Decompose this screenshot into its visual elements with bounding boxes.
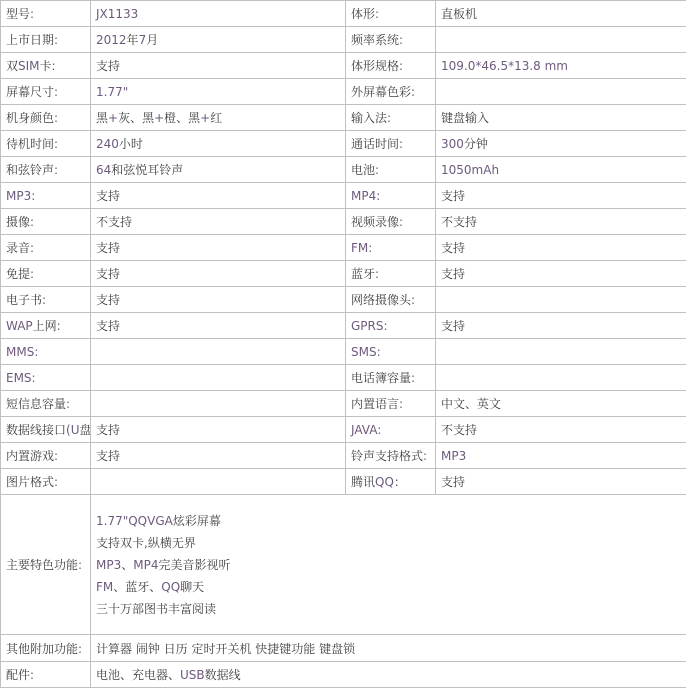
spec-value-right: 支持 [436,235,686,261]
table-row: WAP上网: 支持 GPRS: 支持 [1,313,686,339]
spec-label-left: 上市日期: [1,27,91,53]
spec-value-right: 键盘输入 [436,105,686,131]
spec-value-right: 支持 [436,261,686,287]
spec-label-right: GPRS: [346,313,436,339]
table-row: 录音: 支持 FM: 支持 [1,235,686,261]
spec-label-left: 和弦铃声: [1,157,91,183]
table-row: MP3: 支持 MP4: 支持 [1,183,686,209]
ascii-text: MP3 [96,558,121,572]
ascii-text: : [411,371,415,385]
spec-value-left: 支持 [91,287,346,313]
ascii-text: : [399,397,403,411]
table-row: EMS: 电话簿容量: [1,365,686,391]
ascii-text: : [54,449,58,463]
feature-line: 三十万部图书丰富阅读 [96,598,684,620]
spec-label-right: FM: [346,235,436,261]
table-row: 图片格式: 腾讯QQ： 支持 [1,469,686,495]
spec-label-right: 电话簿容量: [346,365,436,391]
ascii-text: GPRS: [351,319,388,333]
spec-label-right: 外屏幕色彩: [346,79,436,105]
ascii-text: + [108,111,118,125]
accessory-row: 配件: 电池、充电器、USB数据线 [1,662,686,688]
ascii-text: FM [96,580,113,594]
spec-label-left: 电子书: [1,287,91,313]
ascii-text: : [57,319,61,333]
spec-label-right: JAVA: [346,417,436,443]
spec-label-right: 体形: [346,1,436,27]
spec-value-left: 支持 [91,53,346,79]
ascii-text: 2012 [96,33,127,47]
spec-value-right [436,79,686,105]
ascii-text: : [54,475,58,489]
ascii-text: QQ [161,580,180,594]
ascii-text: 109.0*46.5*13.8 mm [441,59,568,73]
ascii-text: : [375,163,379,177]
ascii-text: MMS: [6,345,38,359]
ascii-text: 1050mAh [441,163,499,177]
extra-functions-label: 其他附加功能: [1,635,91,662]
spec-label-right: 通话时间: [346,131,436,157]
spec-label-right: 体形规格: [346,53,436,79]
table-row: 型号: JX1133 体形: 直板机 [1,1,686,27]
ascii-text: : [411,293,415,307]
table-row: 上市日期: 2012年7月 频率系统: [1,27,686,53]
spec-label-left: MMS: [1,339,91,365]
ascii-text: MP4: [351,189,380,203]
table-row: 数据线接口(U盘): 支持 JAVA: 不支持 [1,417,686,443]
spec-value-left [91,469,346,495]
ascii-text: EMS: [6,371,36,385]
ascii-text: : [54,163,58,177]
spec-label-left: 录音: [1,235,91,261]
ascii-text: : [399,59,403,73]
table-row: 和弦铃声: 64和弦悦耳铃声 电池: 1050mAh [1,157,686,183]
spec-value-left: 支持 [91,417,346,443]
table-row: 双SIM卡: 支持 体形规格: 109.0*46.5*13.8 mm [1,53,686,79]
spec-label-left: 短信息容量: [1,391,91,417]
spec-label-right: 网络摄像头: [346,287,436,313]
spec-label-right: 蓝牙: [346,261,436,287]
table-row: MMS: SMS: [1,339,686,365]
ascii-text: (U [66,423,79,437]
ascii-text: : [54,85,58,99]
phone-spec-table: 型号: JX1133 体形: 直板机 上市日期: 2012年7月 频率系统: 双… [0,0,686,688]
ascii-text: SIM [18,59,40,73]
spec-label-left: 摄像: [1,209,91,235]
ascii-text: + [200,111,210,125]
spec-value-left: 2012年7月 [91,27,346,53]
ascii-text: : [411,85,415,99]
spec-label-right: SMS: [346,339,436,365]
ascii-text: WAP [6,319,33,333]
spec-rows: 型号: JX1133 体形: 直板机 上市日期: 2012年7月 频率系统: 双… [1,1,686,495]
ascii-text: MP4 [133,558,158,572]
spec-value-right [436,339,686,365]
table-row: 屏幕尺寸: 1.77" 外屏幕色彩: [1,79,686,105]
ascii-text: 1.77"QQVGA [96,514,173,528]
spec-label-left: EMS: [1,365,91,391]
feature-label: 主要特色功能: [1,495,91,635]
spec-label-left: WAP上网: [1,313,91,339]
spec-label-right: 电池: [346,157,436,183]
spec-label-right: 腾讯QQ： [346,469,436,495]
ascii-text: : [52,59,56,73]
spec-value-right: MP3 [436,443,686,469]
spec-value-left: 支持 [91,443,346,469]
ascii-text: JAVA: [351,423,381,437]
spec-label-right: 视频录像: [346,209,436,235]
spec-label-left: 待机时间: [1,131,91,157]
spec-value-right: 支持 [436,183,686,209]
spec-value-right: 300分钟 [436,131,686,157]
spec-value-left: 黑+灰、黑+橙、黑+红 [91,105,346,131]
feature-line: 支持双卡,纵横无界 [96,532,684,554]
ascii-text: : [54,33,58,47]
extra-functions-row: 其他附加功能: 计算器 闹钟 日历 定时开关机 快捷键功能 键盘锁 [1,635,686,662]
spec-value-left: 支持 [91,183,346,209]
ascii-text: : [423,449,427,463]
spec-value-right: 支持 [436,313,686,339]
table-row: 待机时间: 240小时 通话时间: 300分钟 [1,131,686,157]
table-row: 机身颜色: 黑+灰、黑+橙、黑+红 输入法: 键盘输入 [1,105,686,131]
ascii-text: : [30,215,34,229]
ascii-text: : [66,397,70,411]
spec-label-left: 双SIM卡: [1,53,91,79]
ascii-text: : [78,642,82,656]
ascii-text: : [399,215,403,229]
spec-value-right [436,27,686,53]
spec-label-right: 内置语言: [346,391,436,417]
spec-label-right: 频率系统: [346,27,436,53]
accessory-value: 电池、充电器、USB数据线 [91,662,686,688]
spec-value-left: 1.77" [91,79,346,105]
feature-value: 1.77"QQVGA炫彩屏幕 支持双卡,纵横无界 MP3、MP4完美音影视听 F… [91,495,686,635]
ascii-text: MP3: [6,189,35,203]
table-row: 电子书: 支持 网络摄像头: [1,287,686,313]
ascii-text: 64 [96,163,111,177]
table-row: 免提: 支持 蓝牙: 支持 [1,261,686,287]
ascii-text: : [399,33,403,47]
spec-label-left: 数据线接口(U盘): [1,417,91,443]
ascii-text: 240 [96,137,119,151]
ascii-text: : [30,241,34,255]
ascii-text: SMS: [351,345,381,359]
table-row: 内置游戏: 支持 铃声支持格式: MP3 [1,443,686,469]
feature-line: 1.77"QQVGA炫彩屏幕 [96,510,684,532]
spec-label-left: 图片格式: [1,469,91,495]
spec-value-right: 直板机 [436,1,686,27]
feature-row: 主要特色功能: 1.77"QQVGA炫彩屏幕 支持双卡,纵横无界 MP3、MP4… [1,495,686,635]
spec-value-right: 不支持 [436,417,686,443]
ascii-text: : [54,111,58,125]
spec-value-left [91,339,346,365]
table-row: 摄像: 不支持 视频录像: 不支持 [1,209,686,235]
spec-label-right: MP4: [346,183,436,209]
table-row: 短信息容量: 内置语言: 中文、英文 [1,391,686,417]
ascii-text: : [30,267,34,281]
spec-label-left: 机身颜色: [1,105,91,131]
ascii-text: 7 [139,33,147,47]
ascii-text: : [42,293,46,307]
spec-label-left: 屏幕尺寸: [1,79,91,105]
spec-value-right [436,365,686,391]
spec-value-left: JX1133 [91,1,346,27]
spec-value-left: 支持 [91,313,346,339]
ascii-text: : [30,668,34,682]
ascii-text: : [387,111,391,125]
ascii-text: FM: [351,241,372,255]
ascii-text: 1.77" [96,85,128,99]
spec-value-right: 中文、英文 [436,391,686,417]
spec-label-left: 型号: [1,1,91,27]
ascii-text: , [144,536,148,550]
ascii-text: 300 [441,137,464,151]
accessory-label: 配件: [1,662,91,688]
spec-label-left: 内置游戏: [1,443,91,469]
feature-line: FM、蓝牙、QQ聊天 [96,576,684,598]
spec-value-left: 支持 [91,261,346,287]
spec-value-left: 支持 [91,235,346,261]
spec-label-left: 免提: [1,261,91,287]
spec-value-right: 109.0*46.5*13.8 mm [436,53,686,79]
ascii-text: + [154,111,164,125]
ascii-text: : [375,267,379,281]
ascii-text: : [399,137,403,151]
spec-value-right: 1050mAh [436,157,686,183]
ascii-text: QQ [375,475,394,489]
ascii-text: JX1133 [96,7,138,21]
spec-value-right [436,287,686,313]
spec-value-left: 240小时 [91,131,346,157]
spec-value-left: 64和弦悦耳铃声 [91,157,346,183]
spec-value-right: 不支持 [436,209,686,235]
spec-value-left [91,365,346,391]
ascii-text: MP3 [441,449,466,463]
spec-label-right: 铃声支持格式: [346,443,436,469]
spec-label-left: MP3: [1,183,91,209]
spec-label-right: 输入法: [346,105,436,131]
spec-value-left: 不支持 [91,209,346,235]
ascii-text: : [78,558,82,572]
spec-value-right: 支持 [436,469,686,495]
feature-line: MP3、MP4完美音影视听 [96,554,684,576]
ascii-text: USB [180,668,205,682]
spec-value-left [91,391,346,417]
ascii-text: : [54,137,58,151]
extra-functions-value: 计算器 闹钟 日历 定时开关机 快捷键功能 键盘锁 [91,635,686,662]
ascii-text: : [375,7,379,21]
ascii-text: : [30,7,34,21]
